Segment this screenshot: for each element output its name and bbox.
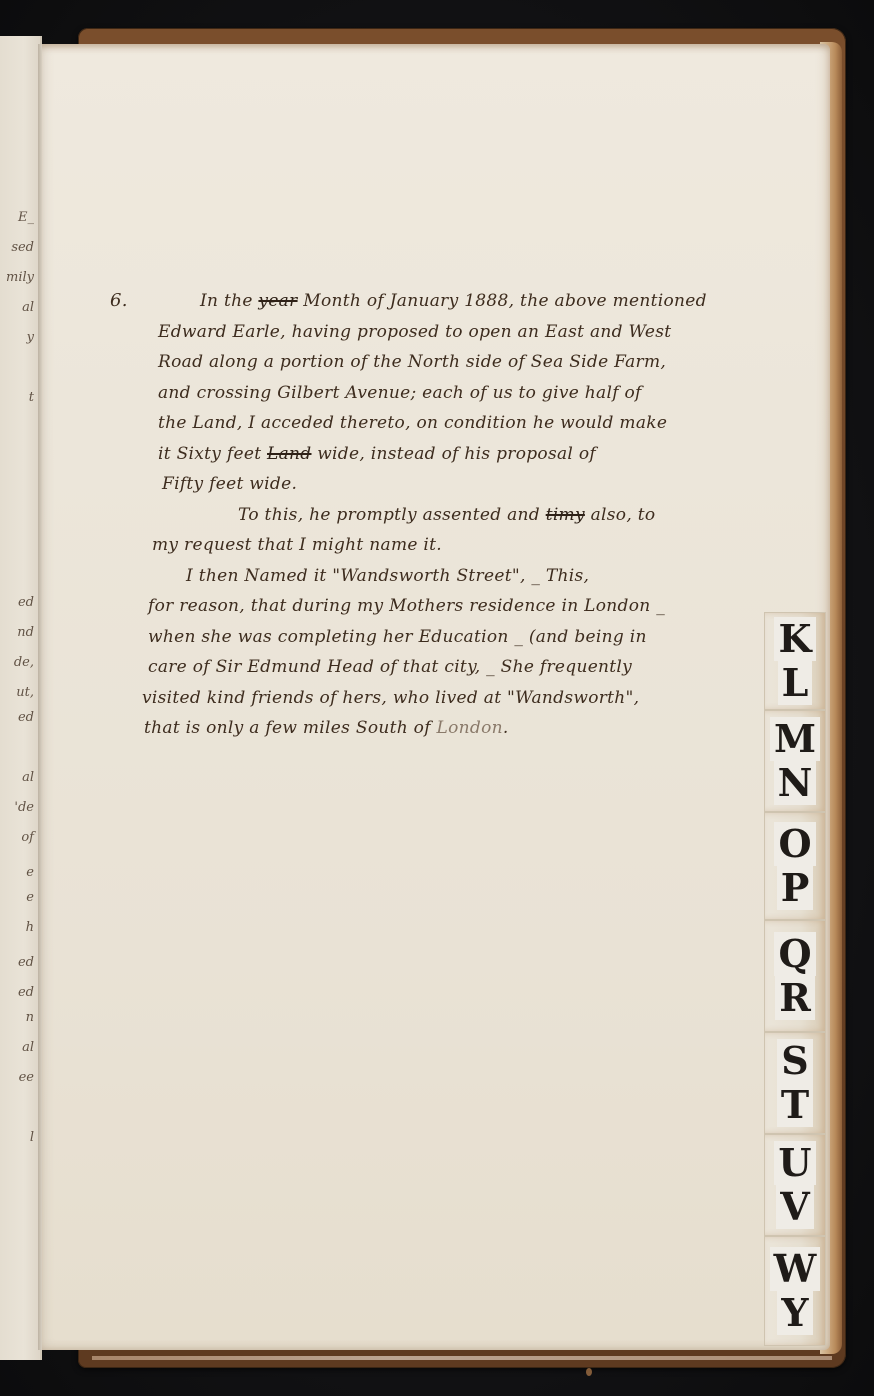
page-gutter <box>38 44 42 1350</box>
tab-letter: R <box>775 976 815 1020</box>
left-page-fragment: al <box>22 1040 34 1055</box>
left-page-fragment: 'de <box>14 800 34 815</box>
index-tab-wy[interactable]: WY <box>764 1236 826 1346</box>
left-page-fragment: y <box>27 330 34 345</box>
left-page-fragment: ee <box>19 1070 34 1085</box>
tab-letter: U <box>774 1141 815 1185</box>
entry-line-13: care of Sir Edmund Head of that city, _ … <box>110 652 790 683</box>
tab-letter: N <box>774 761 817 805</box>
tab-letter: T <box>777 1083 813 1127</box>
tab-letter: O <box>774 822 815 866</box>
struck-word: Land <box>267 444 311 464</box>
manuscript-entry: 6.In the year Month of January 1888, the… <box>110 286 790 744</box>
left-page-fragment: of <box>21 830 34 845</box>
entry-line-7: Fifty feet wide. <box>110 469 790 500</box>
left-page-fragment: de, <box>14 655 34 670</box>
entry-number: 6. <box>110 286 190 317</box>
entry-line-10: I then Named it "Wandsworth Street", _ T… <box>110 561 790 592</box>
tab-letter: L <box>778 661 813 705</box>
left-page-fragment: ed <box>18 595 34 610</box>
entry-line-8: To this, he promptly assented and timy a… <box>110 500 790 531</box>
entry-line-4: and crossing Gilbert Avenue; each of us … <box>110 378 790 409</box>
struck-word: timy <box>546 505 585 525</box>
index-tab-st[interactable]: ST <box>764 1032 826 1134</box>
left-page-fragment: ed <box>18 710 34 725</box>
left-page-fragment: t <box>29 390 34 405</box>
binding-bottom-edge <box>92 1356 832 1360</box>
tab-letter: P <box>777 866 814 910</box>
entry-line-11: for reason, that during my Mothers resid… <box>110 591 790 622</box>
entry-line-6: it Sixty feet Land wide, instead of his … <box>110 439 790 470</box>
index-tab-mn[interactable]: MN <box>764 710 826 812</box>
tab-letter: W <box>770 1247 821 1291</box>
index-tab-uv[interactable]: UV <box>764 1134 826 1236</box>
scan-background: E_sedmilyalytedndde,ut,edal'deofeehededn… <box>0 0 874 1396</box>
index-tab-qr[interactable]: QR <box>764 920 826 1032</box>
entry-line-14: visited kind friends of hers, who lived … <box>110 683 790 714</box>
entry-line-3: Road along a portion of the North side o… <box>110 347 790 378</box>
tab-letter: V <box>776 1185 813 1229</box>
left-page-fragment: al <box>22 770 34 785</box>
index-tab-kl[interactable]: KL <box>764 612 826 710</box>
entry-line-12: when she was completing her Education _ … <box>110 622 790 653</box>
left-page-fragment: ed <box>18 985 34 1000</box>
left-page-fragment: ut, <box>16 685 34 700</box>
entry-line-9: my request that I might name it. <box>110 530 790 561</box>
tab-letter: M <box>770 717 820 761</box>
tab-letter: K <box>774 617 815 661</box>
left-page-fragment: h <box>26 920 34 935</box>
left-page-fragment: E_ <box>18 210 34 225</box>
left-page-fragment: n <box>26 1010 34 1025</box>
entry-line-1: 6.In the year Month of January 1888, the… <box>110 286 790 317</box>
struck-word: year <box>258 291 297 311</box>
tab-letter: Q <box>774 932 815 976</box>
page-stain <box>586 1368 592 1376</box>
entry-line-15: that is only a few miles South of London… <box>110 713 790 744</box>
entry-line-5: the Land, I acceded thereto, on conditio… <box>110 408 790 439</box>
index-tab-op[interactable]: OP <box>764 812 826 920</box>
left-page-fragment: e <box>26 865 34 880</box>
tab-letter: S <box>777 1039 812 1083</box>
left-page-fragment: sed <box>11 240 34 255</box>
left-page-strip: E_sedmilyalytedndde,ut,edal'deofeehededn… <box>0 36 42 1360</box>
tab-letter: Y <box>777 1291 812 1335</box>
left-page-fragment: al <box>22 300 34 315</box>
left-page-fragment: ed <box>18 955 34 970</box>
left-page-fragment: mily <box>6 270 34 285</box>
left-page-fragment: nd <box>17 625 34 640</box>
left-page-fragment: e <box>26 890 34 905</box>
left-page-fragment: l <box>30 1130 34 1145</box>
entry-line-2: Edward Earle, having proposed to open an… <box>110 317 790 348</box>
